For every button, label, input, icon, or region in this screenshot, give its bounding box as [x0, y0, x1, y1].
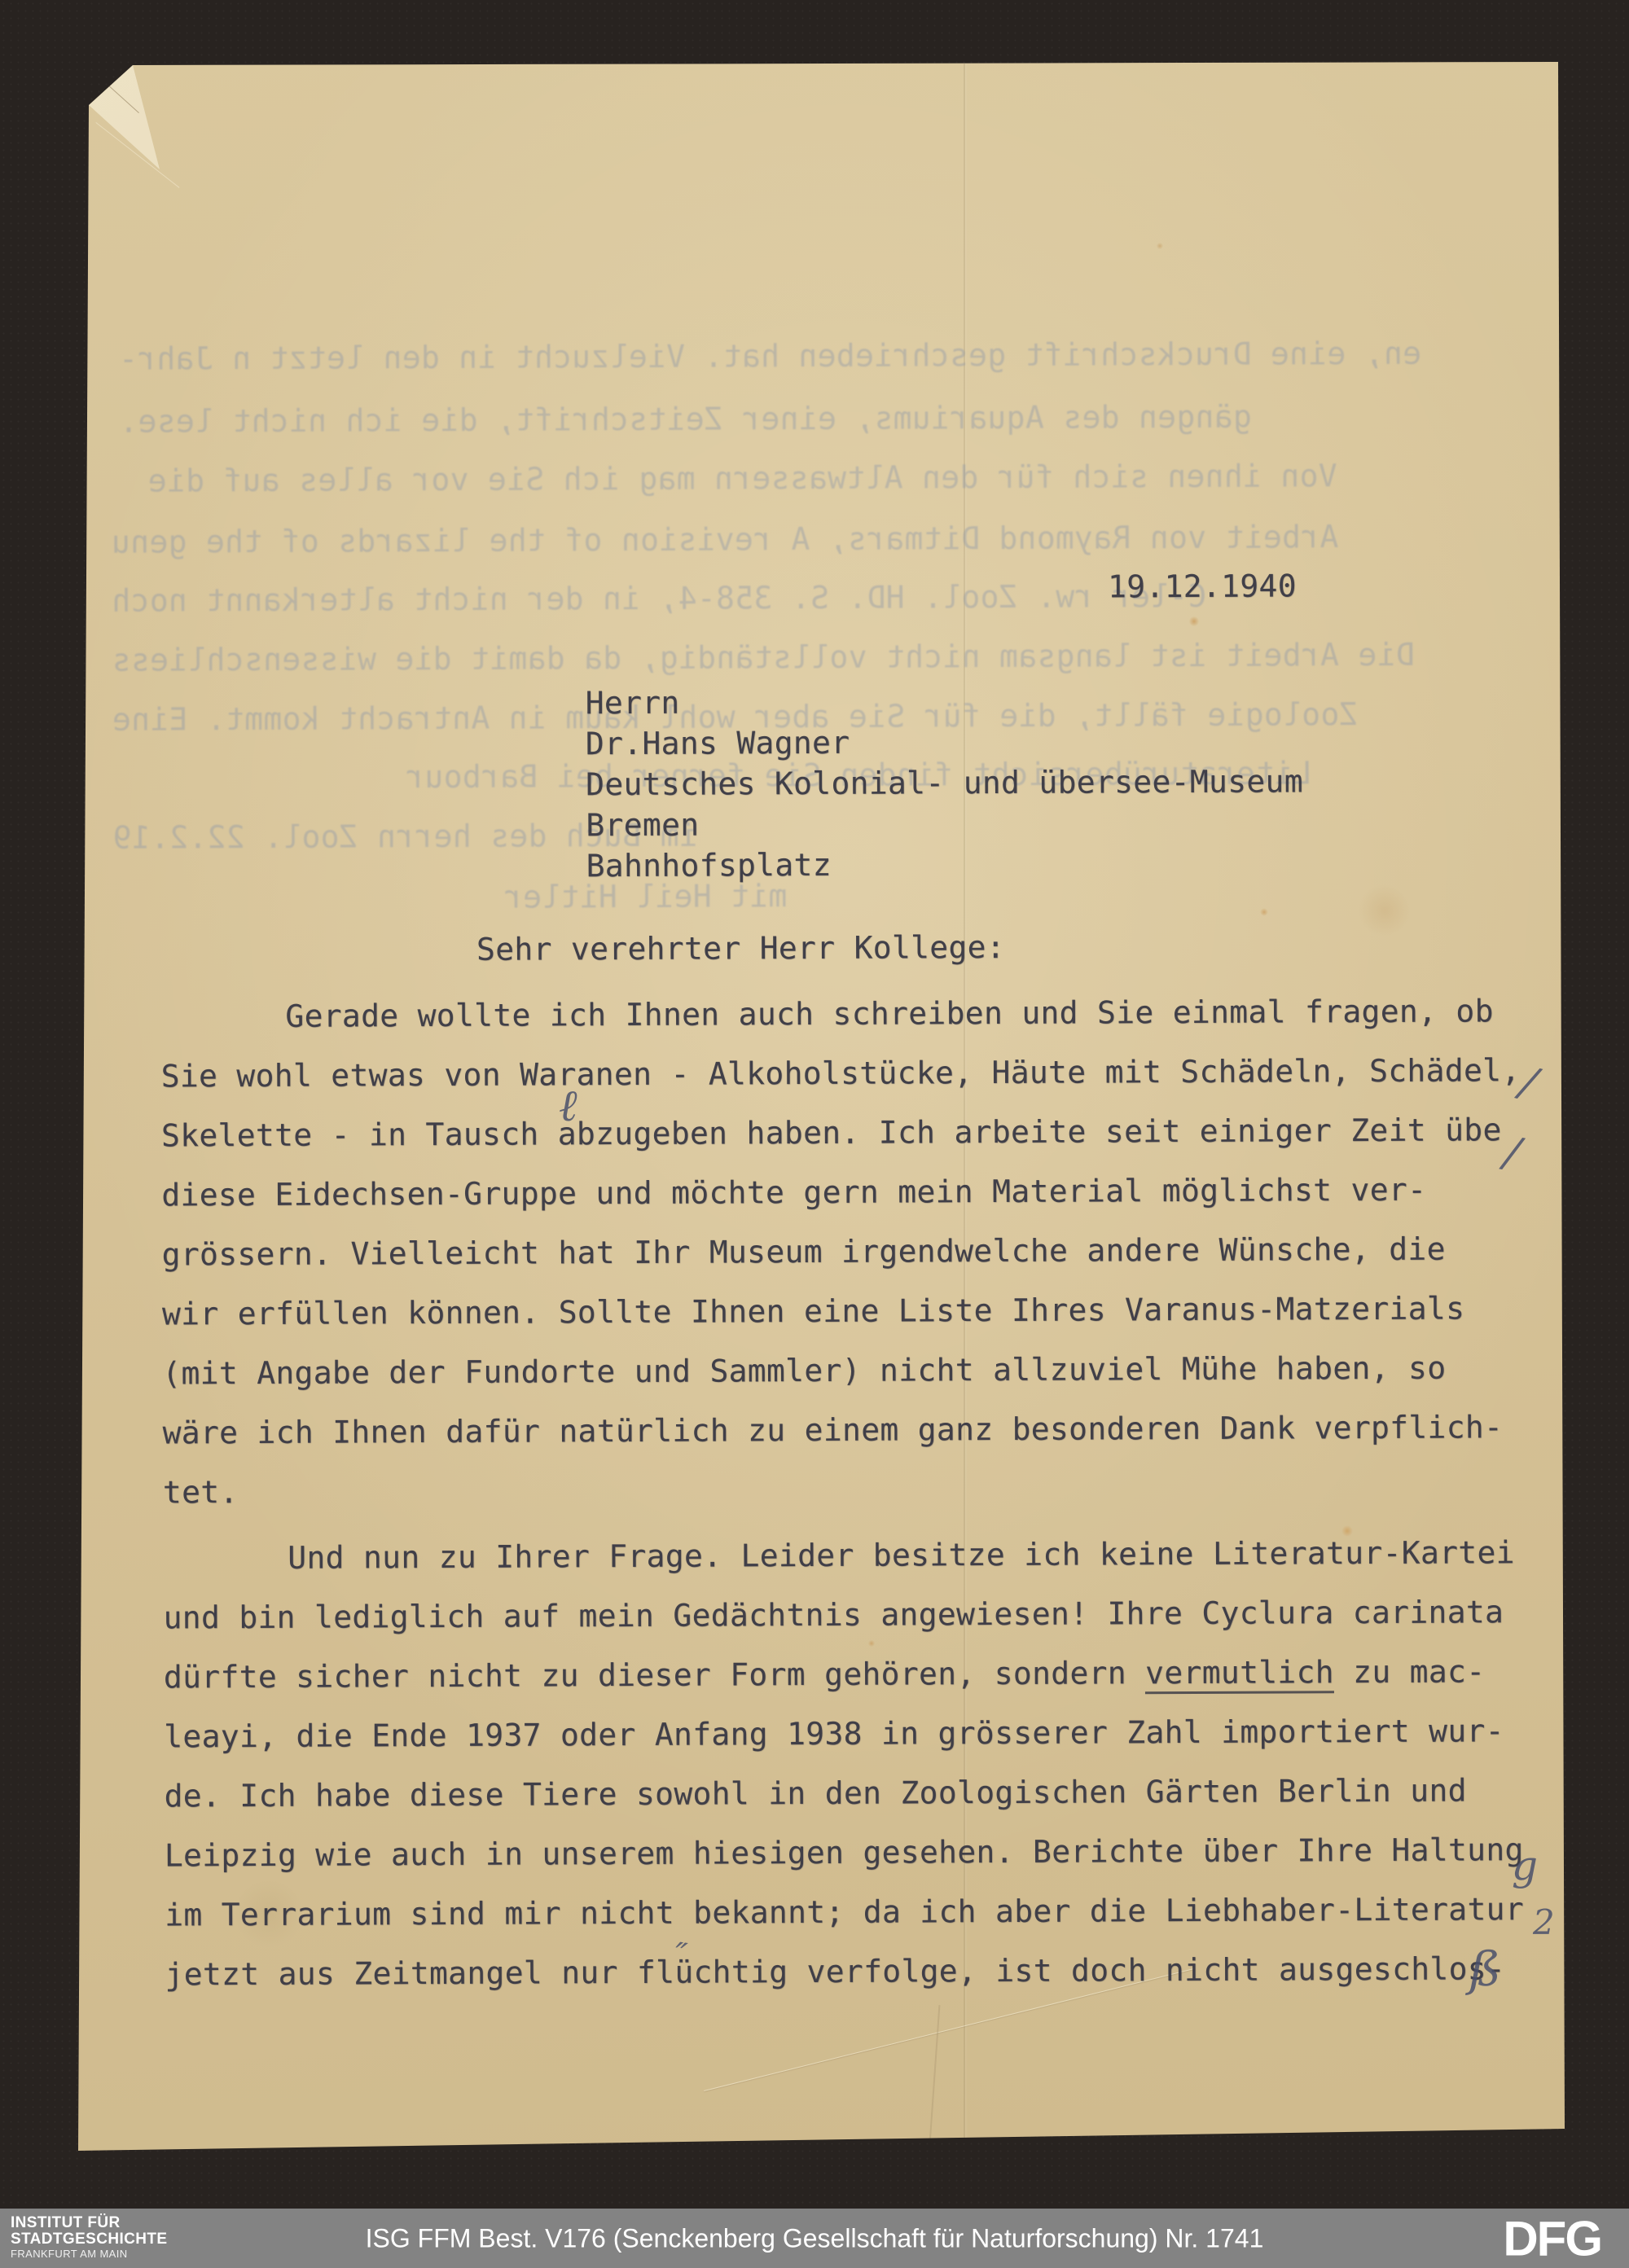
institute-name-line2: STADTGESCHICHTE — [11, 2231, 167, 2248]
body-line: leayi, die Ende 1937 oder Anfang 1938 in… — [164, 1701, 1557, 1766]
body-line: und bin lediglich auf mein Gedächtnis an… — [163, 1582, 1556, 1647]
address-line: Bremen — [586, 801, 1303, 845]
handwritten-r-correction: 2 — [1533, 1902, 1555, 1942]
letter-body: Sehr verehrter Herr Kollege: Gerade woll… — [160, 915, 1558, 2004]
scan-background: en, eine Druckschrift geschrieben hat. V… — [0, 0, 1629, 2268]
body-line: Skelette - in Tausch abzugeben haben. Ic… — [161, 1100, 1554, 1165]
recipient-address: HerrnDr.Hans WagnerDeutsches Kolonial- u… — [586, 679, 1304, 886]
archive-footer-bar: INSTITUT FÜR STADTGESCHICHTE FRANKFURT A… — [0, 2209, 1629, 2268]
underlined-word: vermutlich — [1145, 1654, 1334, 1694]
address-line: Deutsches Kolonial- und übersee-Museum — [586, 761, 1303, 805]
body-line: Gerade wollte ich Ihnen auch schreiben u… — [160, 981, 1553, 1046]
body-line: grössern. Vielleicht hat Ihr Museum irge… — [161, 1219, 1554, 1284]
body-line: wäre ich Ihnen dafür natürlich zu einem … — [162, 1397, 1555, 1463]
institute-name-line1: INSTITUT FÜR — [11, 2215, 167, 2231]
address-line: Bahnhofsplatz — [586, 842, 1303, 886]
paragraph-2: Und nun zu Ihrer Frage. Leider besitze i… — [163, 1523, 1558, 2004]
institute-logo: INSTITUT FÜR STADTGESCHICHTE FRANKFURT A… — [11, 2215, 167, 2261]
handwritten-eszett-correction: ß — [1469, 1941, 1501, 1997]
body-line: Leipzig wie auch in unserem hiesigen ges… — [165, 1820, 1557, 1885]
salutation: Sehr verehrter Herr Kollege: — [476, 915, 1553, 980]
typewritten-text-layer: 19.12.1940 HerrnDr.Hans WagnerDeutsches … — [0, 0, 1629, 2268]
letter-page: en, eine Druckschrift geschrieben hat. V… — [0, 0, 1629, 2268]
body-line: de. Ich habe diese Tiere sowohl in den Z… — [164, 1761, 1557, 1826]
body-line: wir erfüllen können. Sollte Ihnen eine L… — [162, 1279, 1555, 1344]
handwritten-loop-correction: ℓ — [559, 1080, 577, 1131]
dfg-logo: DFG — [1503, 2210, 1601, 2266]
handwritten-g-correction: g — [1512, 1842, 1538, 1889]
body-line: im Terrarium sind mir nicht bekannt; da … — [165, 1880, 1557, 1945]
address-line: Herrn — [586, 679, 1303, 723]
archive-reference-caption: ISG FFM Best. V176 (Senckenberg Gesellsc… — [366, 2223, 1264, 2253]
body-line: Und nun zu Ihrer Frage. Leider besitze i… — [163, 1523, 1556, 1588]
body-line: jetzt aus Zeitmangel nur flüchtig verfol… — [165, 1939, 1557, 2004]
body-line: (mit Angabe der Fundorte und Sammler) ni… — [162, 1338, 1555, 1403]
body-line: Sie wohl etwas von Waranen - Alkoholstüc… — [160, 1041, 1553, 1106]
letter-date: 19.12.1940 — [1108, 568, 1297, 604]
body-line: diese Eidechsen-Gruppe und möchte gern m… — [161, 1160, 1554, 1225]
body-line: tet. — [163, 1457, 1556, 1522]
handwritten-margin-tick: - — [70, 1419, 81, 1456]
address-line: Dr.Hans Wagner — [586, 720, 1303, 764]
body-line: dürfte sicher nicht zu dieser Form gehör… — [164, 1642, 1557, 1707]
paragraph-1: Gerade wollte ich Ihnen auch schreiben u… — [160, 981, 1556, 1522]
institute-name-line3: FRANKFURT AM MAIN — [11, 2248, 167, 2261]
